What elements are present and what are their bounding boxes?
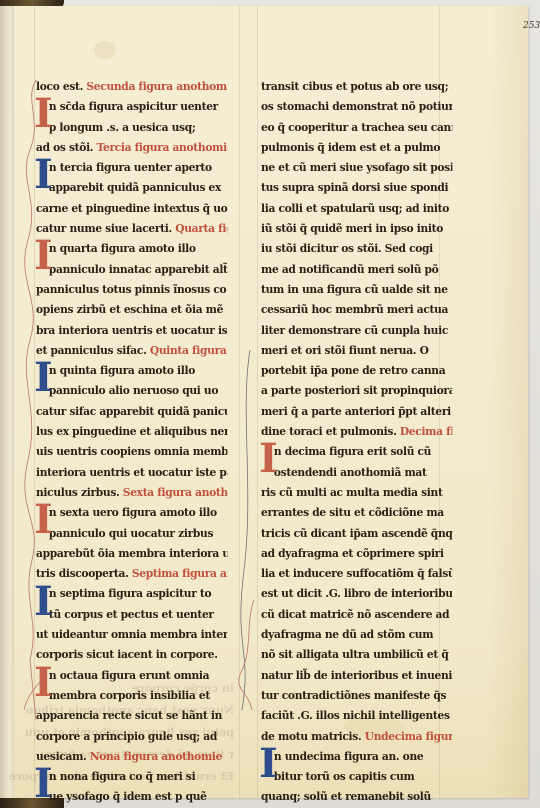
- line-text: os stomachi demonstrat nõ potiur: [261, 99, 452, 113]
- text-line: de motu matricis. Undecima figura: [261, 726, 452, 746]
- line-text: n quarta figura amoto illo: [49, 241, 196, 255]
- text-line: corpore a principio gule usq; ad: [36, 726, 227, 746]
- line-text: n nona figura co q̃ meri si: [49, 769, 195, 783]
- text-line: tus supra spinã dorsi siue spondi: [261, 177, 452, 197]
- line-text: dine toraci et pulmonis.: [261, 424, 400, 438]
- right-text-column: transit cibus et potus ab ore usq; ados …: [261, 76, 469, 807]
- line-text: ad dyafragma et cõprimere spiri: [261, 546, 444, 560]
- text-line: dyafragma ne dũ ad stõm cum: [261, 624, 452, 644]
- blue-decorated-initial: I: [34, 764, 50, 804]
- text-line: n quarta figura amoto illo: [36, 238, 227, 258]
- line-text: meri et ori stõi fiunt nerua. O: [261, 343, 429, 357]
- line-text: interiora uentris et uocatur iste pa: [36, 465, 227, 479]
- line-text: me ad notificandũ meri solũ põ: [261, 262, 438, 276]
- line-text: lus ex pinguedine et aliquibus ner: [36, 424, 227, 438]
- text-line: liter demonstrare cũ cunpla huic: [261, 320, 452, 340]
- text-line: loco est. Secunda figura anothomie: [36, 76, 227, 96]
- text-line: lia et inducere suffocatiõm q̃ falsũ: [261, 563, 452, 583]
- text-line: niculus zirbus. Sexta figura anothomie: [36, 482, 227, 502]
- line-text: nõ sit alligata ultra umbilicũ et q̃: [261, 647, 448, 661]
- text-line: ostendendi anothomiã mat: [261, 462, 452, 482]
- text-line: carne et pinguedine intextus q̃ uo: [36, 198, 227, 218]
- text-line: n quinta figura amoto illo: [36, 360, 227, 380]
- line-text: corpore a principio gule usq; ad: [36, 729, 217, 743]
- rubric-heading: Quinta figura anothomie: [150, 343, 228, 357]
- text-line: n decima figura erit solũ cũ: [261, 441, 452, 461]
- text-line: apparebit quidã panniculus ex: [36, 177, 227, 197]
- line-text: corporis sicut iacent in corpore.: [36, 647, 218, 661]
- text-line: tur contradictiõnes manifeste q̃s: [261, 685, 452, 705]
- line-text: n septima figura aspicitur to: [49, 586, 211, 600]
- line-text: cũ dicat matricẽ nõ ascendere ad: [261, 607, 449, 621]
- text-line: p longum .s. a uesica usq;: [36, 117, 227, 137]
- text-line: apparencia recte sicut se hãnt in: [36, 705, 227, 725]
- text-line: n sc̃da figura aspicitur uenter: [36, 96, 227, 116]
- line-text: apparebũt õia membra interiora uẽ: [36, 546, 227, 560]
- text-line: uesicam. Nona figura anothomie: [36, 746, 227, 766]
- line-text: iu stõi dicitur os stõi. Sed cogi: [261, 241, 433, 255]
- line-text: n sexta uero figura amoto illo: [49, 505, 217, 519]
- line-text: tum in una figura cũ ualde sit ne: [261, 282, 448, 296]
- text-line: lus ex pinguedine et aliquibus ner: [36, 421, 227, 441]
- text-line: me ad notificandũ meri solũ põ: [261, 259, 452, 279]
- line-text: a parte posteriori sit propinquiora: [261, 383, 452, 397]
- line-text: faciũt .G. illos nichil intelligentes: [261, 708, 450, 722]
- text-line: nõ sit alligata ultra umbilicũ et q̃: [261, 644, 452, 664]
- rubric-heading: Secunda figura anothomie: [86, 79, 227, 93]
- line-text: tricis cũ dicant ip̃am ascendẽ q̃nq;: [261, 526, 452, 540]
- text-line: tricis cũ dicant ip̃am ascendẽ q̃nq;: [261, 523, 452, 543]
- line-text: bitur torũ os capitis cum: [274, 769, 415, 783]
- text-line: errantes de situ et cõdiciõne ma: [261, 502, 452, 522]
- text-line: pulmonis q̃ idem est et a pulmo: [261, 137, 452, 157]
- line-text: n sc̃da figura aspicitur uenter: [49, 99, 218, 113]
- text-line: corporis sicut iacent in corpore.: [36, 644, 227, 664]
- text-line: tum in una figura cũ ualde sit ne: [261, 279, 452, 299]
- text-line: transit cibus et potus ab ore usq; ad: [261, 76, 452, 96]
- line-text: n octaua figura erunt omnia: [49, 668, 209, 682]
- line-text: n quinta figura amoto illo: [49, 363, 195, 377]
- text-line: meri et ori stõi fiunt nerua. O: [261, 340, 452, 360]
- line-text: dyafragma ne dũ ad stõm cum: [261, 627, 433, 641]
- text-line: n octaua figura erunt omnia: [36, 665, 227, 685]
- rubric-heading: Decima figura: [400, 424, 452, 438]
- line-text: opiens zirbũ et eschina et õia mẽ: [36, 302, 223, 316]
- parchment-stain: [94, 41, 116, 59]
- right-column-penwork: [232, 350, 262, 710]
- text-line: panniculo qui uocatur zirbus: [36, 523, 227, 543]
- line-text: p longum .s. a uesica usq;: [49, 120, 196, 134]
- line-text: eo q̃ cooperitur a trachea seu canna: [261, 120, 452, 134]
- line-text: quanq; solũ et remanebit solũ: [261, 789, 431, 803]
- text-line: a parte posteriori sit propinquiora: [261, 380, 452, 400]
- text-line: opiens zirbũ et eschina et õia mẽ: [36, 299, 227, 319]
- text-line: ne et cũ meri siue ysofago sit posi: [261, 157, 452, 177]
- rubric-heading: Quarta figura: [175, 221, 227, 235]
- text-line: catur nume siue lacerti. Quarta figura: [36, 218, 227, 238]
- line-text: panniculo innatac apparebit alt̃: [49, 262, 227, 276]
- text-line: interiora uentris et uocatur iste pa: [36, 462, 227, 482]
- text-line: ad dyafragma et cõprimere spiri: [261, 543, 452, 563]
- text-line: cũ dicat matricẽ nõ ascendere ad: [261, 604, 452, 624]
- text-line: catur sifac apparebit quidã panicu: [36, 401, 227, 421]
- line-text: apparencia recte sicut se hãnt in: [36, 708, 222, 722]
- blue-decorated-initial: I: [259, 744, 275, 784]
- text-line: n septima figura aspicitur to: [36, 583, 227, 603]
- line-text: n decima figura erit solũ cũ: [274, 444, 431, 458]
- text-line: ue ysofago q̃ idem est p quẽ: [36, 786, 227, 806]
- text-line: membra corporis insibilia et: [36, 685, 227, 705]
- line-text: catur nume siue lacerti.: [36, 221, 175, 235]
- line-text: est ut dicit .G. libro de interioribus: [261, 586, 452, 600]
- text-line: ut uideantur omnia membra interiora: [36, 624, 227, 644]
- line-text: n tercia figura uenter aperto: [49, 160, 212, 174]
- line-text: panniculus totus pinnis ĩnosus co: [36, 282, 226, 296]
- line-text: ue ysofago q̃ idem est p quẽ: [49, 789, 207, 803]
- line-text: lia colli et spatularũ usq; ad inito: [261, 201, 449, 215]
- line-text: ostendendi anothomiã mat: [274, 465, 427, 479]
- rubric-heading: Nona figura anothomie: [90, 749, 222, 763]
- line-text: pulmonis q̃ idem est et a pulmo: [261, 140, 440, 154]
- text-line: bitur torũ os capitis cum: [261, 766, 452, 786]
- text-line: os stomachi demonstrat nõ potiur: [261, 96, 452, 116]
- line-text: membra corporis insibilia et: [49, 688, 210, 702]
- text-line: n tercia figura uenter aperto: [36, 157, 227, 177]
- folio-number: 253: [523, 21, 540, 31]
- line-text: carne et pinguedine intextus q̃ uo: [36, 201, 227, 215]
- line-text: errantes de situ et cõdiciõne ma: [261, 505, 444, 519]
- text-line: faciũt .G. illos nichil intelligentes: [261, 705, 452, 725]
- line-text: panniculo qui uocatur zirbus: [49, 526, 213, 540]
- line-text: natur lib̃ de interioribus et inueniũ: [261, 668, 452, 682]
- line-text: bra interiora uentris et uocatur iste: [36, 323, 227, 337]
- text-line: n nona figura co q̃ meri si: [36, 766, 227, 786]
- line-text: tũ corpus et pectus et uenter: [49, 607, 214, 621]
- text-line: natur lib̃ de interioribus et inueniũ: [261, 665, 452, 685]
- text-line: eo q̃ cooperitur a trachea seu canna: [261, 117, 452, 137]
- text-line: iũ stõi q̃ quidẽ meri in ipso inito: [261, 218, 452, 238]
- line-text: ne et cũ meri siue ysofago sit posi: [261, 160, 452, 174]
- rubric-heading: Sexta figura anothomie: [123, 485, 228, 499]
- text-line: bra interiora uentris et uocatur iste: [36, 320, 227, 340]
- text-line: uis uentris coopiens omnia membra: [36, 441, 227, 461]
- line-text: cessariũ hoc membrũ meri actua: [261, 302, 448, 316]
- line-text: tur contradictiõnes manifeste q̃s: [261, 688, 446, 702]
- line-text: lia et inducere suffocatiõm q̃ falsũ: [261, 566, 452, 580]
- line-text: panniculo alio neruoso qui uo: [49, 383, 218, 397]
- text-line: n undecima figura an. one: [261, 746, 452, 766]
- text-line: panniculo innatac apparebit alt̃: [36, 259, 227, 279]
- line-text: uis uentris coopiens omnia membra: [36, 444, 227, 458]
- text-line: est ut dicit .G. libro de interioribus: [261, 583, 452, 603]
- line-text: et panniculus sifac.: [36, 343, 150, 357]
- text-line: lia colli et spatularũ usq; ad inito: [261, 198, 452, 218]
- text-line: quanq; solũ et remanebit solũ: [261, 786, 452, 806]
- line-text: apparebit quidã panniculus ex: [49, 180, 221, 194]
- line-text: transit cibus et potus ab ore usq; ad: [261, 79, 452, 93]
- line-text: portebit ip̃a pone de retro canna: [261, 363, 445, 377]
- text-line: et panniculus sifac. Quinta figura anoth…: [36, 340, 227, 360]
- line-text: catur sifac apparebit quidã panicu: [36, 404, 227, 418]
- text-line: cessariũ hoc membrũ meri actua: [261, 299, 452, 319]
- line-text: n undecima figura an. one: [274, 749, 423, 763]
- text-line: panniculus totus pinnis ĩnosus co: [36, 279, 227, 299]
- text-line: portebit ip̃a pone de retro canna: [261, 360, 452, 380]
- text-line: tris discooperta. Septima figura anothom…: [36, 563, 227, 583]
- line-text: ut uideantur omnia membra interiora: [36, 627, 227, 641]
- text-line: panniculo alio neruoso qui uo: [36, 380, 227, 400]
- line-text: tus supra spinã dorsi siue spondi: [261, 180, 448, 194]
- text-line: iu stõi dicitur os stõi. Sed cogi: [261, 238, 452, 258]
- text-line: meri q̃ a parte anteriori p̃pt alteri: [261, 401, 452, 421]
- text-line: apparebũt õia membra interiora uẽ: [36, 543, 227, 563]
- line-text: ris cũ multi ac multa media sint: [261, 485, 443, 499]
- line-text: liter demonstrare cũ cunpla huic: [261, 323, 448, 337]
- text-line: ad os stõi. Tercia figura anothomie: [36, 137, 227, 157]
- text-line: n sexta uero figura amoto illo: [36, 502, 227, 522]
- line-text: iũ stõi q̃ quidẽ meri in ipso inito: [261, 221, 443, 235]
- left-text-column: loco est. Secunda figura anothomien sc̃d…: [36, 76, 244, 807]
- line-text: meri q̃ a parte anteriori p̃pt alteri: [261, 404, 451, 418]
- rubric-heading: Tercia figura anothomie: [97, 140, 228, 154]
- rubric-heading: Undecima figura: [365, 729, 453, 743]
- text-line: tũ corpus et pectus et uenter: [36, 604, 227, 624]
- left-margin-penwork: [22, 80, 52, 720]
- text-line: dine toraci et pulmonis. Decima figura: [261, 421, 452, 441]
- text-line: ris cũ multi ac multa media sint: [261, 482, 452, 502]
- rubric-heading: Septima figura anothomie: [132, 566, 227, 580]
